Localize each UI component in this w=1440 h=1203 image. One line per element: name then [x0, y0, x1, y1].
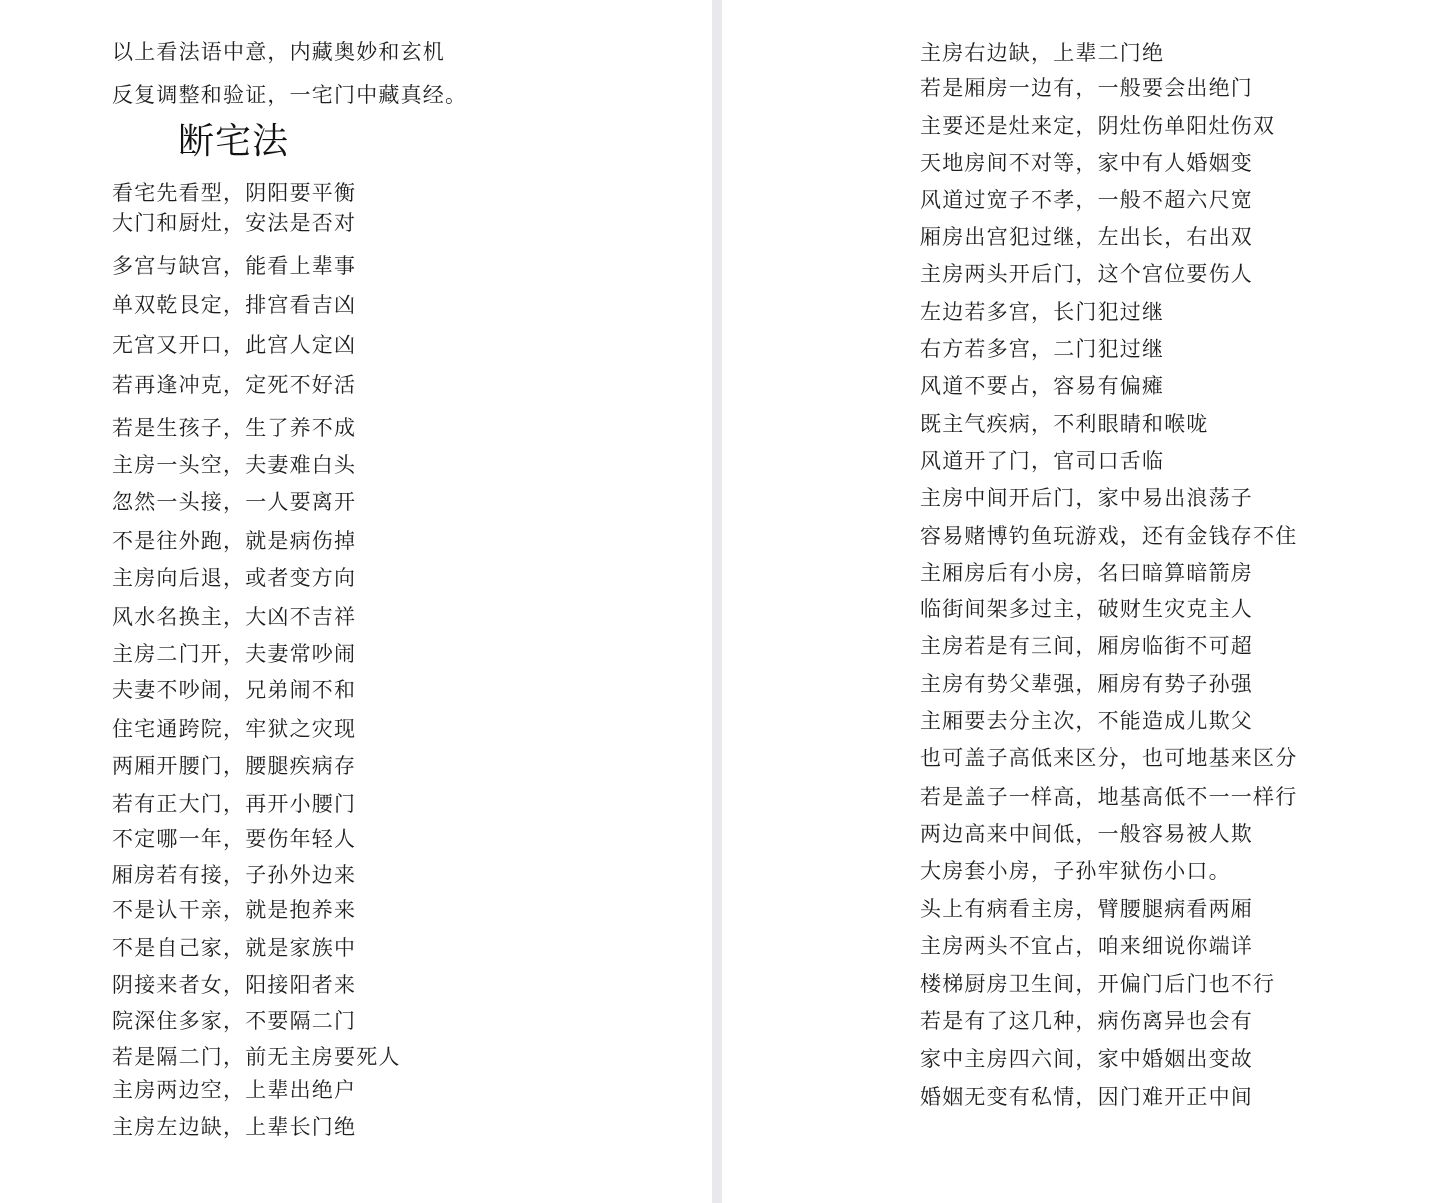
- verse-line: 无宫又开口，此宫人定凶: [112, 333, 356, 357]
- verse-line: 不是认干亲，就是抱养来: [112, 898, 356, 922]
- verse-line: 风道开了门，官司口舌临: [920, 449, 1164, 473]
- verse-line: 厢房若有接，子孙外边来: [112, 863, 356, 887]
- verse-line: 忽然一头接，一人要离开: [112, 490, 356, 514]
- verse-line: 多宫与缺宫，能看上辈事: [112, 254, 356, 278]
- verse-line: 若是有了这几种，病伤离异也会有: [920, 1009, 1253, 1033]
- verse-line: 不是自己家，就是家族中: [112, 936, 356, 960]
- verse-line: 若是盖子一样高，地基高低不一一样行: [920, 785, 1297, 809]
- verse-line: 楼梯厨房卫生间，开偏门后门也不行: [920, 972, 1275, 996]
- verse-line: 天地房间不对等，家中有人婚姻变: [920, 151, 1253, 175]
- verse-line: 风道不要占，容易有偏瘫: [920, 374, 1164, 398]
- verse-line: 风水名换主，大凶不吉祥: [112, 605, 356, 629]
- verse-line: 不是往外跑，就是病伤掉: [112, 529, 356, 553]
- verse-line: 两边高来中间低，一般容易被人欺: [920, 822, 1253, 846]
- verse-line: 主厢要去分主次，不能造成儿欺父: [920, 709, 1253, 733]
- verse-line: 若再逢冲克，定死不好活: [112, 373, 356, 397]
- verse-line: 既主气疾病，不利眼睛和喉咙: [920, 412, 1209, 436]
- verse-line: 也可盖子高低来区分，也可地基来区分: [920, 746, 1297, 770]
- verse-line: 若是隔二门，前无主房要死人: [112, 1045, 401, 1069]
- verse-line: 主要还是灶来定，阴灶伤单阳灶伤双: [920, 114, 1275, 138]
- verse-line: 院深住多家，不要隔二门: [112, 1009, 356, 1033]
- verse-line: 主房若是有三间，厢房临街不可超: [920, 634, 1253, 658]
- verse-line: 容易赌博钓鱼玩游戏，还有金钱存不住: [920, 524, 1297, 548]
- verse-line: 婚姻无变有私情，因门难开正中间: [920, 1085, 1253, 1109]
- verse-line: 主房两头开后门，这个宫位要伤人: [920, 262, 1253, 286]
- verse-line: 主房中间开后门，家中易出浪荡子: [920, 486, 1253, 510]
- verse-line: 主房两边空，上辈出绝户: [112, 1078, 356, 1102]
- verse-line: 主房二门开，夫妻常吵闹: [112, 642, 356, 666]
- intro-line: 以上看法语中意，内藏奥妙和玄机: [112, 40, 445, 64]
- verse-line: 右方若多宫，二门犯过继: [920, 337, 1164, 361]
- verse-line: 住宅通跨院，牢狱之灾现: [112, 717, 356, 741]
- verse-line: 若是生孩子，生了养不成: [112, 416, 356, 440]
- left-page: 以上看法语中意，内藏奥妙和玄机 反复调整和验证，一宅门中藏真经。 断宅法 看宅先…: [0, 0, 712, 1203]
- verse-line: 大房套小房，子孙牢狱伤小口。: [920, 859, 1231, 883]
- verse-line: 风道过宽子不孝，一般不超六尺宽: [920, 188, 1253, 212]
- verse-line: 主房有势父辈强，厢房有势子孙强: [920, 672, 1253, 696]
- verse-line: 头上有病看主房，臂腰腿病看两厢: [920, 897, 1253, 921]
- verse-line: 主房一头空，夫妻难白头: [112, 453, 356, 477]
- right-page: 主房右边缺，上辈二门绝 若是厢房一边有，一般要会出绝门 主要还是灶来定，阴灶伤单…: [722, 0, 1440, 1203]
- verse-line: 临街间架多过主，破财生灾克主人: [920, 597, 1253, 621]
- verse-line: 主房右边缺，上辈二门绝: [920, 41, 1164, 65]
- intro-line: 反复调整和验证，一宅门中藏真经。: [112, 83, 467, 107]
- verse-line: 家中主房四六间，家中婚姻出变故: [920, 1047, 1253, 1071]
- verse-line: 看宅先看型，阴阳要平衡: [112, 181, 356, 205]
- verse-line: 若有正大门，再开小腰门: [112, 792, 356, 816]
- verse-line: 大门和厨灶，安法是否对: [112, 211, 356, 235]
- verse-line: 厢房出宫犯过继，左出长，右出双: [920, 225, 1253, 249]
- verse-line: 主房两头不宜占，咱来细说你端详: [920, 934, 1253, 958]
- verse-line: 左边若多宫，长门犯过继: [920, 300, 1164, 324]
- page-divider: [712, 0, 722, 1203]
- verse-line: 若是厢房一边有，一般要会出绝门: [920, 76, 1253, 100]
- verse-line: 主房左边缺，上辈长门绝: [112, 1115, 356, 1139]
- section-title: 断宅法: [178, 122, 289, 162]
- verse-line: 不定哪一年，要伤年轻人: [112, 827, 356, 851]
- verse-line: 主房向后退，或者变方向: [112, 566, 356, 590]
- verse-line: 单双乾艮定，排宫看吉凶: [112, 293, 356, 317]
- verse-line: 阴接来者女，阳接阳者来: [112, 973, 356, 997]
- verse-line: 夫妻不吵闹，兄弟闹不和: [112, 678, 356, 702]
- verse-line: 两厢开腰门，腰腿疾病存: [112, 754, 356, 778]
- verse-line: 主厢房后有小房，名曰暗算暗箭房: [920, 561, 1253, 585]
